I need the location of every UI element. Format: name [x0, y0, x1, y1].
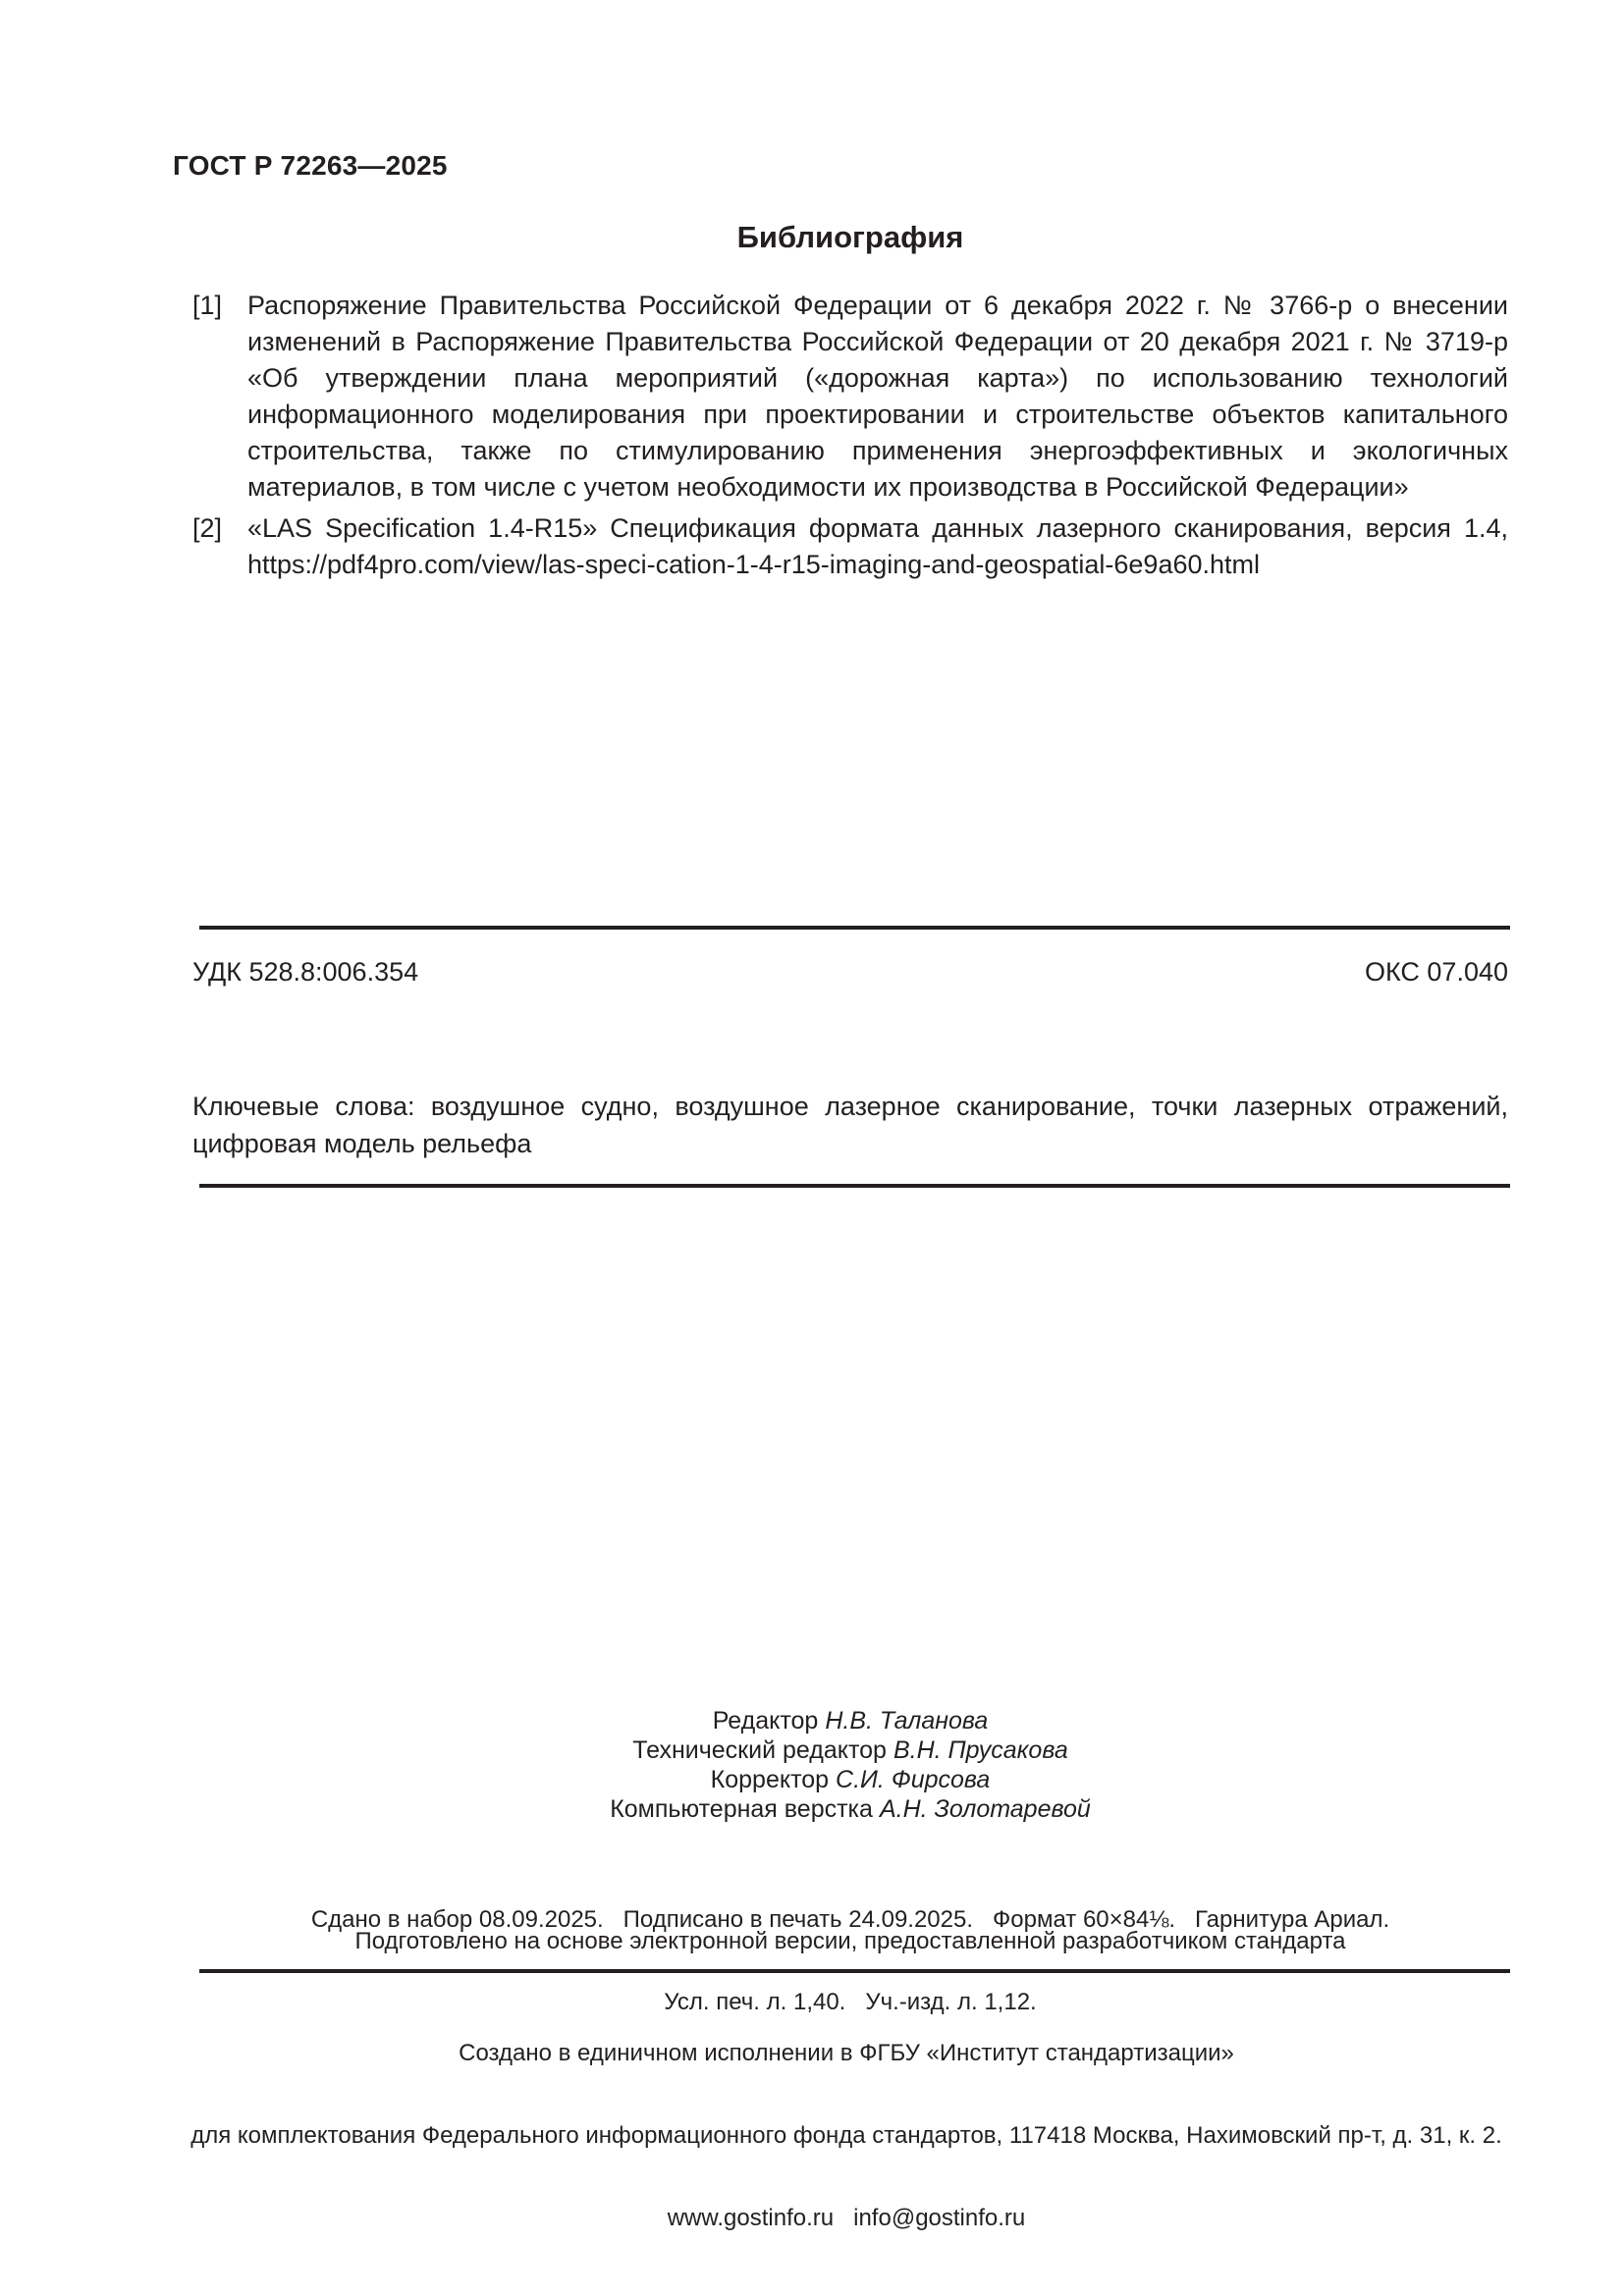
credit-role: Корректор	[711, 1766, 829, 1793]
credit-role: Редактор	[713, 1707, 819, 1735]
credit-role: Компьютерная верстка	[610, 1795, 873, 1823]
publisher-line-3: www.gostinfo.ru info@gostinfo.ru	[157, 2205, 1536, 2232]
bibliography-entry-2-text: «LAS Specification 1.4-R15» Спецификация…	[247, 513, 1508, 579]
horizontal-rule-below-keywords	[199, 1184, 1510, 1188]
credit-name: Н.В. Таланова	[825, 1707, 988, 1735]
section-title-bibliography: Библиография	[192, 220, 1508, 255]
oks-code: ОКС 07.040	[1365, 957, 1508, 988]
credit-name: С.И. Фирсова	[836, 1766, 990, 1793]
credits-block: РедакторН.В. Таланова Технический редакт…	[192, 1706, 1508, 1824]
credit-line-layout: Компьютерная версткаА.Н. Золотаревой	[192, 1794, 1508, 1824]
credit-name: В.Н. Прусакова	[893, 1736, 1068, 1764]
credit-role: Технический редактор	[632, 1736, 887, 1764]
bibliography-entry-1-text: Распоряжение Правительства Российской Фе…	[247, 291, 1508, 502]
udk-code: УДК 528.8:006.354	[192, 957, 418, 988]
prepared-note: Подготовлено на основе электронной верси…	[192, 1928, 1508, 1955]
publisher-line-2: для комплектования Федерального информац…	[157, 2122, 1536, 2150]
document-code-header: ГОСТ Р 72263—2025	[173, 150, 448, 182]
document-page: ГОСТ Р 72263—2025 Библиография [1] Распо…	[0, 0, 1624, 2296]
credit-name: А.Н. Золотаревой	[880, 1795, 1091, 1823]
credit-line-corrector: КорректорС.И. Фирсова	[192, 1765, 1508, 1794]
publisher-block: Создано в единичном исполнении в ФГБУ «И…	[157, 1985, 1536, 2287]
credit-line-technical-editor: Технический редакторВ.Н. Прусакова	[192, 1735, 1508, 1765]
bibliography-entry-1: [1] Распоряжение Правительства Российско…	[192, 288, 1508, 506]
horizontal-rule-above-udk	[199, 926, 1510, 930]
bibliography-entry-2-label: [2]	[192, 510, 222, 547]
bibliography-entry-2: [2] «LAS Specification 1.4-R15» Специфик…	[192, 510, 1508, 583]
credit-line-editor: РедакторН.В. Таланова	[192, 1706, 1508, 1735]
horizontal-rule-above-publisher	[199, 1969, 1510, 1973]
bibliography-entry-1-label: [1]	[192, 288, 222, 324]
keywords-paragraph: Ключевые слова: воздушное судно, воздушн…	[192, 1088, 1508, 1162]
publisher-line-1: Создано в единичном исполнении в ФГБУ «И…	[157, 2040, 1536, 2067]
bibliography-list: [1] Распоряжение Правительства Российско…	[192, 288, 1508, 588]
udk-oks-row: УДК 528.8:006.354 ОКС 07.040	[192, 957, 1508, 988]
